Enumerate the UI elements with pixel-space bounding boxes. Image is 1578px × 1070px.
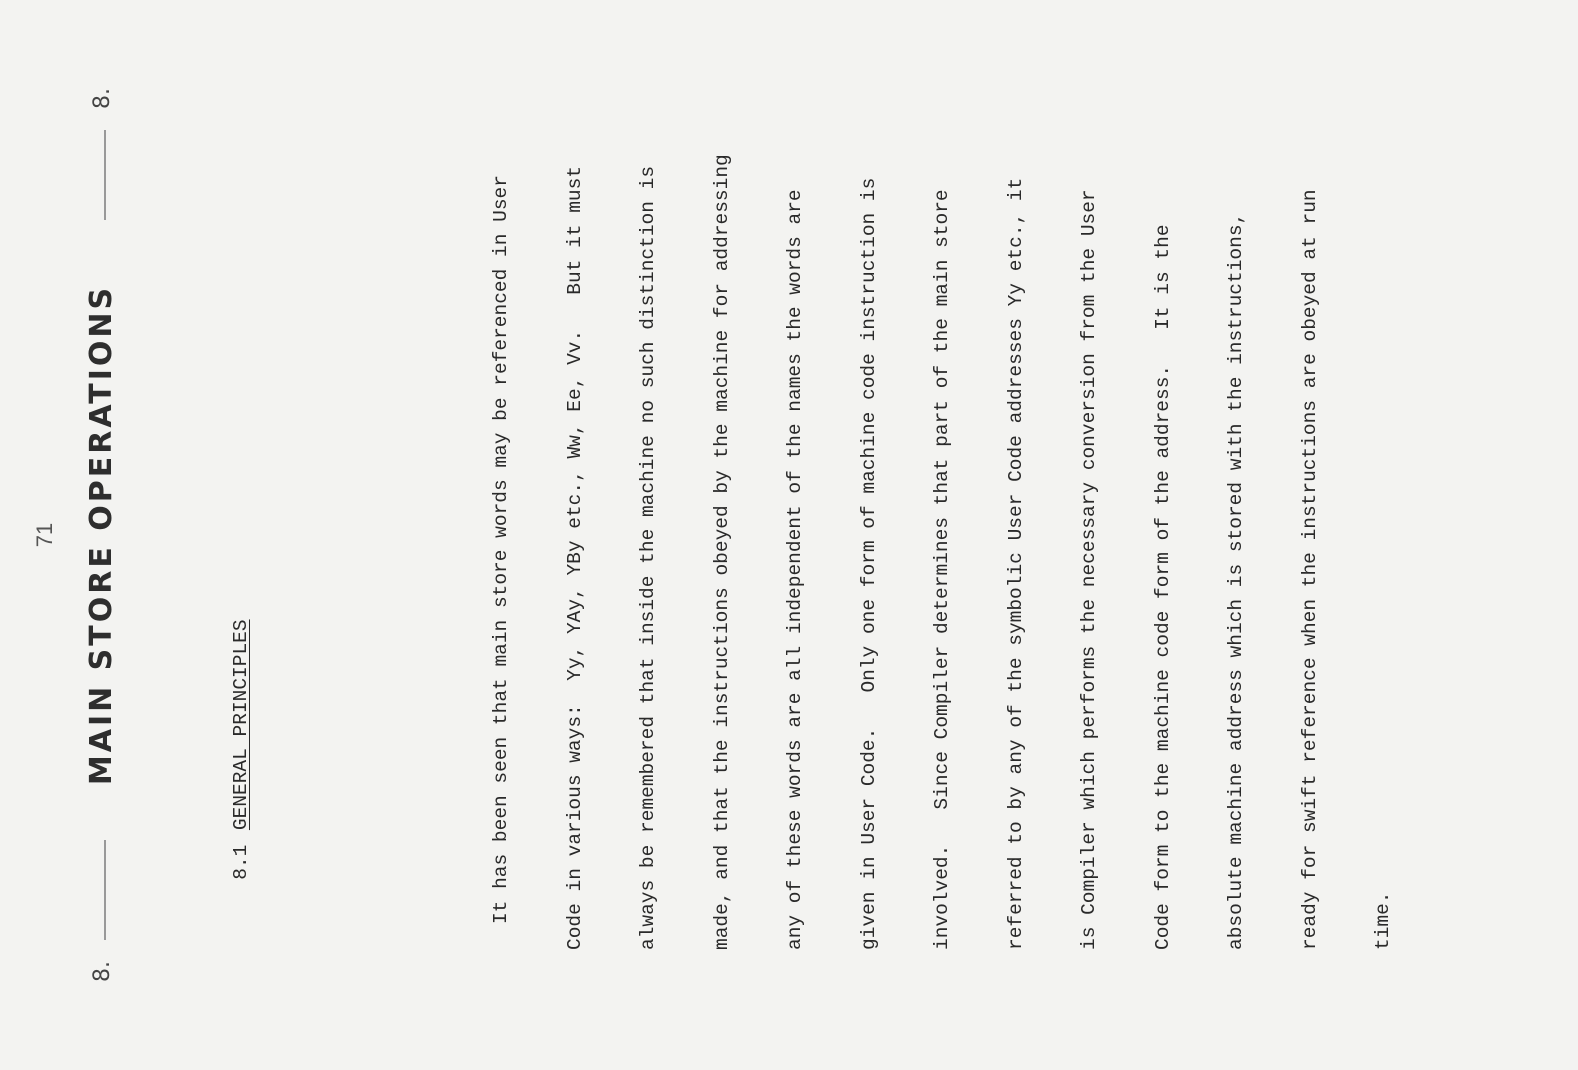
text-line: given in User Code. Only one form of mac… (857, 50, 882, 950)
header-rule-right (104, 130, 106, 220)
text-line: any of these words are all independent o… (783, 50, 808, 950)
text-line: ready for swift reference when the instr… (1298, 50, 1323, 950)
text-line: absolute machine address which is stored… (1224, 50, 1249, 950)
section-title: GENERAL PRINCIPLES (230, 619, 252, 830)
text-line: Code in various ways: Yy, YAy, YBy etc.,… (563, 50, 588, 950)
chapter-header: 8. MAIN STORE OPERATIONS 8. (84, 70, 124, 1000)
text-line: Code form to the machine code form of th… (1151, 50, 1176, 950)
document-body: 8.1 GENERAL PRINCIPLES It has been seen … (155, 50, 1578, 950)
text-line: time. (1371, 50, 1396, 950)
document-page: 71 8. MAIN STORE OPERATIONS 8. 8.1 GENER… (0, 0, 1578, 1070)
paragraph-general-principles: It has been seen that main store words m… (440, 50, 1445, 950)
text-line: made, and that the instructions obeyed b… (710, 50, 735, 950)
chapter-number-right: 8. (90, 88, 115, 109)
text-line: involved. Since Compiler determines that… (930, 50, 955, 950)
section-heading-8-1: 8.1 GENERAL PRINCIPLES (204, 50, 278, 950)
chapter-title: MAIN STORE OPERATIONS (84, 70, 119, 1000)
text-line: referred to by any of the symbolic User … (1004, 50, 1029, 950)
text-line: It has been seen that main store words m… (489, 50, 514, 950)
text-line: always be remembered that inside the mac… (636, 50, 661, 950)
text-line: is Compiler which performs the necessary… (1077, 50, 1102, 950)
section-number: 8.1 (229, 842, 254, 880)
page-number: 71 (32, 0, 58, 1070)
